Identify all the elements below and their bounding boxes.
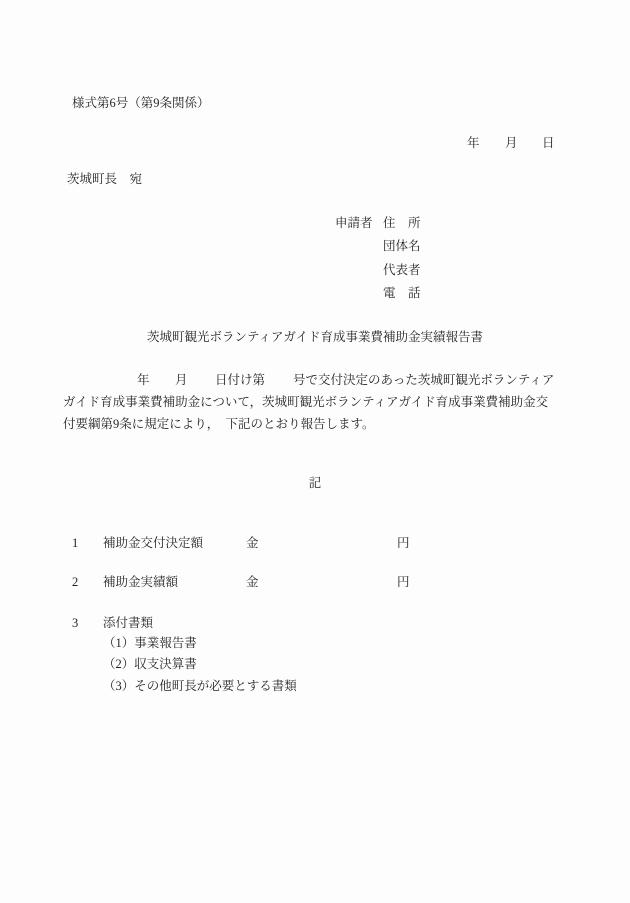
body-day-clause: 日付け第 — [215, 373, 265, 388]
sub-item-2-text: （2）収支決算書 — [103, 657, 197, 672]
item-grant-actual-amount: 2 補助金実績額 金 円 — [0, 575, 630, 591]
addressee: 茨城町長 宛 — [67, 172, 142, 187]
sub-item-3-text: （3）その他町長が必要とする書類 — [103, 679, 297, 694]
date-day-label: 日 — [542, 136, 555, 151]
sub-item-business-report: （1）事業報告書 — [0, 636, 630, 652]
applicant-row-phone: 電 話 — [0, 286, 630, 302]
item-grant-decision-amount: 1 補助金交付決定額 金 円 — [0, 536, 630, 552]
sub-item-other-documents: （3）その他町長が必要とする書類 — [0, 679, 630, 695]
item-attached-documents: 3 添付書類 — [0, 616, 630, 632]
date-month-label: 月 — [505, 136, 518, 151]
body-year-label: 年 — [137, 373, 150, 388]
item-3-label: 添付書類 — [103, 616, 153, 631]
applicant-field-address: 住 所 — [383, 216, 421, 231]
item-2-currency-suffix: 円 — [397, 575, 410, 590]
applicant-field-organization: 団体名 — [383, 239, 421, 254]
item-1-currency-suffix: 円 — [397, 536, 410, 551]
item-2-currency-prefix: 金 — [246, 575, 259, 590]
body-line-1: 年 月 日付け第 号で交付決定のあった茨城町観光ボランティア — [0, 373, 630, 389]
record-heading: 記 — [0, 476, 630, 491]
applicant-row-address: 申請者 住 所 — [0, 216, 630, 232]
body-line-3: 付要綱第9条に規定により， 下記のとおり報告します。 — [63, 417, 375, 432]
sub-item-financial-statement: （2）収支決算書 — [0, 657, 630, 673]
applicant-field-representative: 代表者 — [383, 263, 421, 278]
item-3-number: 3 — [72, 616, 78, 631]
date-line: 年 月 日 — [0, 136, 630, 152]
document-page: 様式第6号（第9条関係） 年 月 日 茨城町長 宛 申請者 住 所 団体名 代表… — [0, 0, 630, 903]
form-number: 様式第6号（第9条関係） — [72, 96, 210, 111]
date-year-label: 年 — [467, 136, 480, 151]
applicant-field-phone: 電 話 — [383, 286, 421, 301]
body-number-clause: 号で交付決定のあった茨城町観光ボランティア — [293, 373, 554, 388]
item-2-number: 2 — [72, 575, 78, 590]
applicant-label: 申請者 — [335, 216, 373, 231]
document-title: 茨城町観光ボランティアガイド育成事業費補助金実績報告書 — [0, 330, 630, 345]
body-month-label: 月 — [175, 373, 188, 388]
applicant-row-organization: 団体名 — [0, 239, 630, 255]
body-line-2: ガイド育成事業費補助金について，茨城町観光ボランティアガイド育成事業費補助金交 — [63, 395, 548, 410]
item-1-label: 補助金交付決定額 — [103, 536, 203, 551]
item-1-currency-prefix: 金 — [246, 536, 259, 551]
item-1-number: 1 — [72, 536, 78, 551]
item-2-label: 補助金実績額 — [103, 575, 178, 590]
sub-item-1-text: （1）事業報告書 — [103, 636, 197, 651]
applicant-row-representative: 代表者 — [0, 263, 630, 279]
